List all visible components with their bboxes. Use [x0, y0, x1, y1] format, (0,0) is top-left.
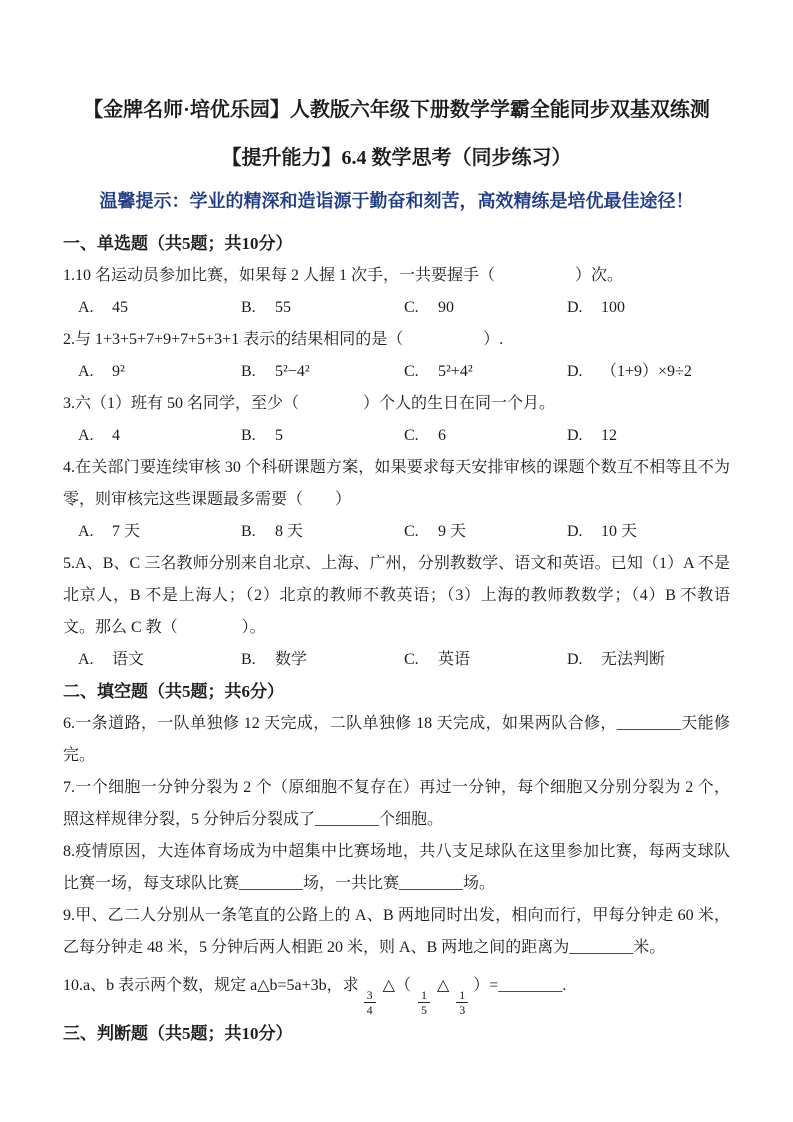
question-3-option-b: B.5: [241, 420, 404, 452]
option-letter: C.: [404, 356, 422, 388]
option-letter: B.: [241, 292, 259, 324]
question-1: 1.10 名运动员参加比赛，如果每 2 人握 1 次手，一共要握手（ ）次。 A…: [63, 260, 730, 324]
question-1-option-b: B.55: [241, 292, 404, 324]
section-judge-heading: 三、判断题（共5题；共10分）: [63, 1018, 730, 1050]
fraction-denominator: 4: [364, 1003, 376, 1017]
document-title-line2: 【提升能力】6.4 数学思考（同步练习）: [63, 144, 730, 172]
option-letter: C.: [404, 420, 422, 452]
option-value: 4: [112, 427, 120, 444]
question-3-option-c: C.6: [404, 420, 567, 452]
question-2-option-b: B.5²−4²: [241, 356, 404, 388]
fraction-numerator: 1: [418, 988, 430, 1003]
worksheet-page: 【金牌名师·培优乐园】人教版六年级下册数学学霸全能同步双基双练测 【提升能力】6…: [0, 0, 793, 1122]
option-value: 7 天: [112, 523, 140, 540]
question-3-option-d: D.12: [567, 420, 730, 452]
option-letter: D.: [567, 420, 585, 452]
question-9-text: 9.甲、乙二人分别从一条笔直的公路上的 A、B 两地同时出发，相向而行，甲每分钟…: [63, 900, 730, 964]
fraction-numerator: 3: [364, 988, 376, 1003]
section-fill-heading: 二、填空题（共5题；共6分）: [63, 676, 730, 708]
option-letter: C.: [404, 516, 422, 548]
question-3: 3.六（1）班有 50 名同学，至少（ ）个人的生日在同一个月。 A.4 B.5…: [63, 388, 730, 452]
question-1-options: A.45 B.55 C.90 D.100: [63, 292, 730, 324]
option-letter: C.: [404, 644, 422, 676]
question-1-text: 1.10 名运动员参加比赛，如果每 2 人握 1 次手，一共要握手（ ）次。: [63, 260, 730, 292]
option-letter: B.: [241, 644, 259, 676]
option-value: 55: [275, 299, 291, 316]
option-value: 5: [275, 427, 283, 444]
option-letter: D.: [567, 356, 585, 388]
question-2-option-d: D.（1+9）×9÷2: [567, 356, 730, 388]
option-value: 90: [438, 299, 454, 316]
question-6-text: 6.一条道路，一队单独修 12 天完成，二队单独修 18 天完成，如果两队合修，…: [63, 708, 730, 772]
question-4-option-c: C.9 天: [404, 516, 567, 548]
question-2-options: A.9² B.5²−4² C.5²+4² D.（1+9）×9÷2: [63, 356, 730, 388]
question-2: 2.与 1+3+5+7+9+7+5+3+1 表示的结果相同的是（ ）. A.9²…: [63, 324, 730, 388]
option-value: 12: [601, 427, 617, 444]
option-value: 数学: [275, 651, 307, 668]
option-letter: A.: [78, 516, 96, 548]
option-letter: A.: [78, 356, 96, 388]
question-3-text: 3.六（1）班有 50 名同学，至少（ ）个人的生日在同一个月。: [63, 388, 730, 420]
question-2-text: 2.与 1+3+5+7+9+7+5+3+1 表示的结果相同的是（ ）.: [63, 324, 730, 356]
question-8-text: 8.疫情原因，大连体育场成为中超集中比赛场地，共八支足球队在这里参加比赛，每两支…: [63, 836, 730, 900]
fraction-three-fourths: 34: [364, 988, 376, 1018]
question-1-option-d: D.100: [567, 292, 730, 324]
option-value: 英语: [438, 651, 470, 668]
tip-banner: 温馨提示：学业的精深和造诣源于勤奋和刻苦，高效精练是培优最佳途径！: [63, 188, 730, 214]
question-7-text: 7.一个细胞一分钟分裂为 2 个（原细胞不复存在）再过一分钟，每个细胞又分别分裂…: [63, 772, 730, 836]
question-4-options: A.7 天 B.8 天 C.9 天 D.10 天: [63, 516, 730, 548]
option-letter: D.: [567, 516, 585, 548]
triangle-operator: △: [437, 977, 449, 994]
fraction-numerator: 1: [456, 988, 468, 1003]
question-4: 4.在关部门要连续审核 30 个科研课题方案，如果要求每天安排审核的课题个数互不…: [63, 452, 730, 548]
question-4-option-a: A.7 天: [78, 516, 241, 548]
option-letter: A.: [78, 644, 96, 676]
question-5-option-b: B.数学: [241, 644, 404, 676]
question-3-options: A.4 B.5 C.6 D.12: [63, 420, 730, 452]
question-2-option-a: A.9²: [78, 356, 241, 388]
question-10-suffix: ）=________.: [473, 977, 566, 994]
question-2-option-c: C.5²+4²: [404, 356, 567, 388]
triangle-operator: △（: [383, 977, 411, 994]
fraction-denominator: 5: [418, 1003, 430, 1017]
question-4-option-d: D.10 天: [567, 516, 730, 548]
option-value: 9²: [112, 363, 125, 380]
question-1-option-c: C.90: [404, 292, 567, 324]
option-letter: A.: [78, 420, 96, 452]
option-value: 5²−4²: [275, 363, 310, 380]
fraction-one-third: 13: [456, 988, 468, 1018]
question-5-option-a: A.语文: [78, 644, 241, 676]
option-value: （1+9）×9÷2: [601, 363, 692, 380]
question-1-option-a: A.45: [78, 292, 241, 324]
option-letter: A.: [78, 292, 96, 324]
fraction-one-fifth: 15: [418, 988, 430, 1018]
option-value: 8 天: [275, 523, 303, 540]
question-5: 5.A、B、C 三名教师分别来自北京、上海、广州，分别教数学、语文和英语。已知（…: [63, 548, 730, 676]
option-value: 5²+4²: [438, 363, 473, 380]
document-title-line1: 【金牌名师·培优乐园】人教版六年级下册数学学霸全能同步双基双练测: [63, 96, 730, 124]
question-5-text: 5.A、B、C 三名教师分别来自北京、上海、广州，分别教数学、语文和英语。已知（…: [63, 548, 730, 644]
question-10-prefix: 10.a、b 表示两个数，规定 a△b=5a+3b，求: [63, 977, 359, 994]
fraction-denominator: 3: [456, 1003, 468, 1017]
option-letter: B.: [241, 516, 259, 548]
question-5-option-c: C.英语: [404, 644, 567, 676]
option-value: 100: [601, 299, 625, 316]
question-4-option-b: B.8 天: [241, 516, 404, 548]
option-value: 10 天: [601, 523, 637, 540]
option-letter: C.: [404, 292, 422, 324]
question-10-text: 10.a、b 表示两个数，规定 a△b=5a+3b，求34△（15△13）=__…: [63, 964, 730, 1018]
option-letter: B.: [241, 356, 259, 388]
option-letter: D.: [567, 644, 585, 676]
option-letter: B.: [241, 420, 259, 452]
option-value: 语文: [112, 651, 144, 668]
question-4-text: 4.在关部门要连续审核 30 个科研课题方案，如果要求每天安排审核的课题个数互不…: [63, 452, 730, 516]
question-5-options: A.语文 B.数学 C.英语 D.无法判断: [63, 644, 730, 676]
option-value: 6: [438, 427, 446, 444]
section-choice-heading: 一、单选题（共5题；共10分）: [63, 228, 730, 260]
option-value: 9 天: [438, 523, 466, 540]
option-value: 无法判断: [601, 651, 665, 668]
option-value: 45: [112, 299, 128, 316]
question-3-option-a: A.4: [78, 420, 241, 452]
question-5-option-d: D.无法判断: [567, 644, 730, 676]
option-letter: D.: [567, 292, 585, 324]
